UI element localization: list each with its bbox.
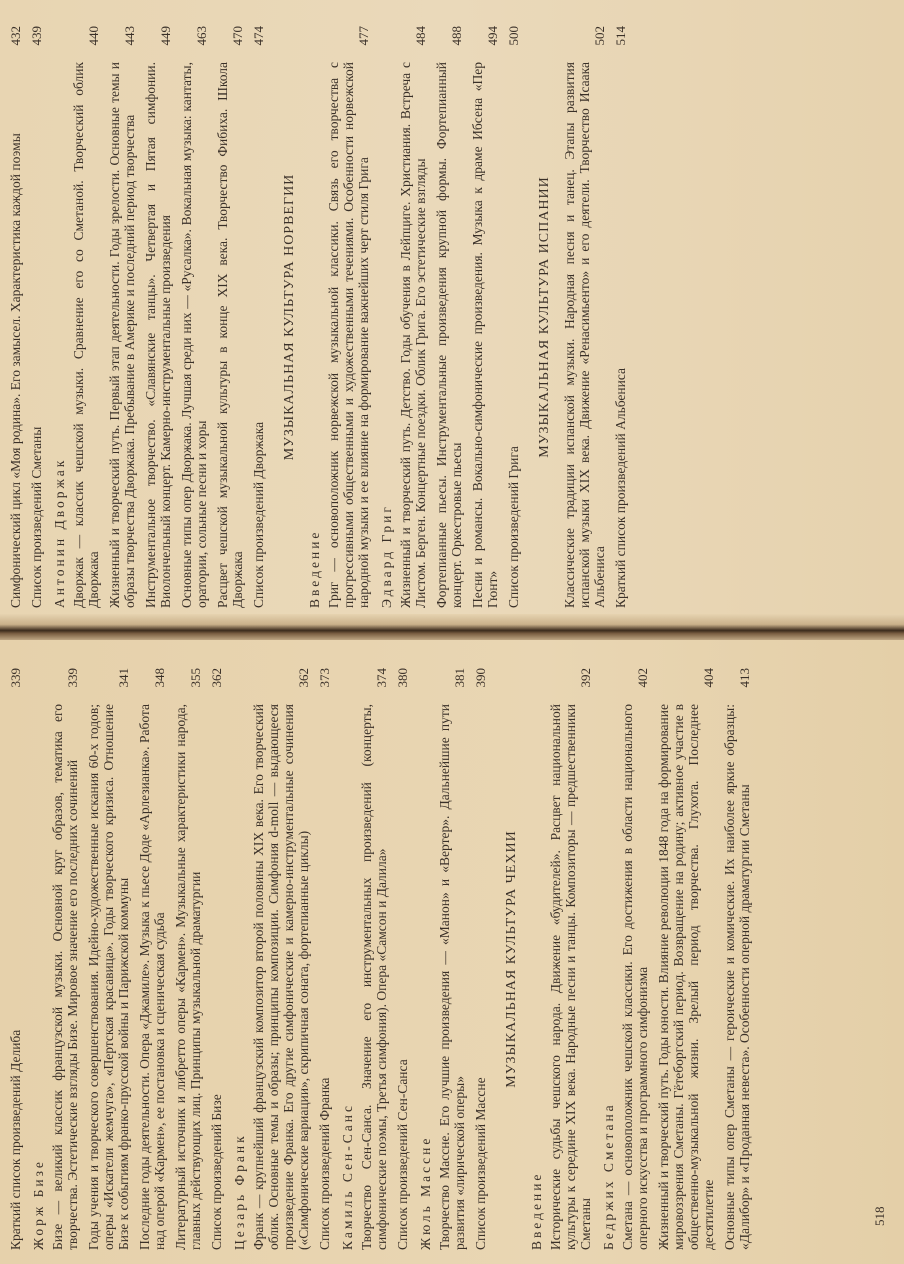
toc-entry-page: 413 — [737, 668, 752, 704]
toc-entry-page: 440 — [86, 26, 101, 62]
toc-entry-text: Основные типы опер Дворжака. Лучшая сред… — [179, 62, 209, 608]
toc-entry-text: Симфонический цикл «Моя родина». Его зам… — [8, 62, 23, 608]
left-page: Краткий список произведений Делиба339Жор… — [0, 640, 904, 1264]
toc-entry-text: Творчество Сен-Санса. Значение его инстр… — [359, 704, 389, 1250]
toc-entry: Основные типы опер Сметаны — героические… — [722, 668, 752, 1250]
toc-entry-page: 494 — [485, 26, 500, 62]
toc-entry: Список произведений Франка373 — [317, 668, 332, 1250]
toc-entry-text: Григ — основоположник норвежской музыкал… — [326, 62, 371, 608]
toc-entry: Список произведений Грига500 — [506, 26, 521, 608]
toc-entry: Исторические судьбы чешского народа. Дви… — [548, 668, 593, 1250]
toc-entry-page: 404 — [701, 668, 716, 704]
toc-entry-page: 443 — [122, 26, 137, 62]
toc-entry-page: 380 — [395, 668, 410, 704]
toc-entry-page: 402 — [635, 668, 650, 704]
toc-entry-page: 339 — [8, 668, 23, 704]
toc-entry-text: Творчество Массне. Его лучшие произведен… — [437, 704, 467, 1250]
toc-entry-page: 362 — [209, 668, 224, 704]
section-title: МУЗЫКАЛЬНАЯ КУЛЬТУРА ИСПАНИИ — [537, 26, 552, 608]
toc-entry-text: Бизе — великий классик французской музык… — [50, 704, 80, 1250]
toc-entry-page: 488 — [449, 26, 464, 62]
left-page-content: Краткий список произведений Делиба339Жор… — [0, 654, 904, 1264]
toc-entry-page: 341 — [116, 668, 131, 704]
toc-entry-text: Инструментальное творчество. «Славянские… — [143, 62, 173, 608]
toc-entry-page: 348 — [152, 668, 167, 704]
toc-entry-text: Жизненный и творческий путь. Детство. Го… — [398, 62, 428, 608]
toc-entry-page: 432 — [8, 26, 23, 62]
toc-entry-text: Список произведений Массне — [473, 704, 488, 1250]
chapter-heading: Жорж Бизе — [31, 668, 46, 1250]
toc-entry: Классические традиции испанской музыки. … — [562, 26, 607, 608]
toc-entry: Список произведений Сметаны439 — [29, 26, 44, 608]
toc-entry-text: Краткий список произведений Альбениса — [613, 62, 628, 608]
toc-entry: Дворжак — классик чешской музыки. Сравне… — [71, 26, 101, 608]
toc-entry-text: Последние годы деятельности. Опера «Джам… — [137, 704, 167, 1250]
toc-entry-page: 484 — [413, 26, 428, 62]
toc-entry: Расцвет чешской музыкальной культуры в к… — [215, 26, 245, 608]
toc-entry-text: Франк — крупнейший французский композито… — [251, 704, 311, 1250]
toc-entry: Список произведений Массне390 — [473, 668, 488, 1250]
toc-entry-page: 390 — [473, 668, 488, 704]
chapter-heading: Введение — [529, 668, 544, 1250]
toc-entry-page: 500 — [506, 26, 521, 62]
toc-entry: Сметана — основоположник чешской классик… — [620, 668, 650, 1250]
toc-entry-text: Жизненный и творческий путь. Первый этап… — [107, 62, 137, 608]
toc-entry: Список произведений Дворжака474 — [251, 26, 266, 608]
toc-entry: Список произведений Бизе362 — [209, 668, 224, 1250]
chapter-heading: Цезарь Франк — [232, 668, 247, 1250]
chapter-heading: Бедржих Сметана — [601, 668, 616, 1250]
toc-entry: Краткий список произведений Альбениса514 — [613, 26, 628, 608]
toc-entry: Литературный источник и либретто оперы «… — [173, 668, 203, 1250]
toc-entry-text: Список произведений Грига — [506, 62, 521, 608]
toc-entry-text: Список произведений Сметаны — [29, 62, 44, 608]
toc-entry: Последние годы деятельности. Опера «Джам… — [137, 668, 167, 1250]
toc-column-left: Краткий список произведений Делиба339Жор… — [0, 654, 752, 1264]
toc-entry-text: Расцвет чешской музыкальной культуры в к… — [215, 62, 245, 608]
toc-entry-page: 470 — [230, 26, 245, 62]
toc-entry-text: Годы учения и творческого совершенствова… — [86, 704, 131, 1250]
right-page: Симфонический цикл «Моя родина». Его зам… — [0, 0, 904, 622]
toc-entry-text: Краткий список произведений Делиба — [8, 704, 23, 1250]
toc-entry: Список произведений Сен-Санса380 — [395, 668, 410, 1250]
toc-entry: Жизненный и творческий путь. Годы юности… — [656, 668, 716, 1250]
toc-entry: Краткий список произведений Делиба339 — [8, 668, 23, 1250]
toc-entry-text: Песни и романсы. Вокально-симфонические … — [470, 62, 500, 608]
toc-entry: Творчество Массне. Его лучшие произведен… — [437, 668, 467, 1250]
toc-entry-text: Список произведений Бизе — [209, 704, 224, 1250]
toc-entry-page: 514 — [613, 26, 628, 62]
toc-entry: Творчество Сен-Санса. Значение его инстр… — [359, 668, 389, 1250]
toc-entry-page: 373 — [317, 668, 332, 704]
toc-entry: Песни и романсы. Вокально-симфонические … — [470, 26, 500, 608]
toc-entry-page: 477 — [356, 26, 371, 62]
toc-entry: Основные типы опер Дворжака. Лучшая сред… — [179, 26, 209, 608]
toc-entry: Годы учения и творческого совершенствова… — [86, 668, 131, 1250]
toc-entry-text: Дворжак — классик чешской музыки. Сравне… — [71, 62, 101, 608]
toc-entry-text: Литературный источник и либретто оперы «… — [173, 704, 203, 1250]
toc-entry-page: 374 — [374, 668, 389, 704]
toc-entry-page: 362 — [296, 668, 311, 704]
toc-entry-text: Сметана — основоположник чешской классик… — [620, 704, 650, 1250]
toc-entry-text: Жизненный и творческий путь. Годы юности… — [656, 704, 716, 1250]
toc-entry-page: 502 — [592, 26, 607, 62]
toc-entry: Инструментальное творчество. «Славянские… — [143, 26, 173, 608]
toc-entry: Жизненный и творческий путь. Первый этап… — [107, 26, 137, 608]
toc-entry-page: 339 — [65, 668, 80, 704]
toc-entry-page: 463 — [194, 26, 209, 62]
toc-entry: Франк — крупнейший французский композито… — [251, 668, 311, 1250]
toc-entry-text: Список произведений Франка — [317, 704, 332, 1250]
toc-entry: Григ — основоположник норвежской музыкал… — [326, 26, 371, 608]
section-title: МУЗЫКАЛЬНАЯ КУЛЬТУРА НОРВЕГИИ — [282, 26, 297, 608]
toc-entry-page: 355 — [188, 668, 203, 704]
toc-entry: Бизе — великий классик французской музык… — [50, 668, 80, 1250]
chapter-heading: Антонин Дворжак — [52, 26, 67, 608]
toc-entry-page: 474 — [251, 26, 266, 62]
toc-entry: Симфонический цикл «Моя родина». Его зам… — [8, 26, 23, 608]
chapter-heading: Жюль Массне — [418, 668, 433, 1250]
toc-entry-page: 392 — [578, 668, 593, 704]
toc-entry: Жизненный и творческий путь. Детство. Го… — [398, 26, 428, 608]
right-page-content: Симфонический цикл «Моя родина». Его зам… — [0, 12, 904, 622]
toc-entry-text: Исторические судьбы чешского народа. Дви… — [548, 704, 593, 1250]
chapter-heading: Камиль Сен-Санс — [340, 668, 355, 1250]
chapter-heading: Эдвард Григ — [379, 26, 394, 608]
toc-entry-text: Список произведений Сен-Санса — [395, 704, 410, 1250]
toc-entry-text: Классические традиции испанской музыки. … — [562, 62, 607, 608]
chapter-heading: Введение — [307, 26, 322, 608]
toc-entry-text: Фортепианные пьесы. Инструментальные про… — [434, 62, 464, 608]
toc-entry-page: 449 — [158, 26, 173, 62]
section-title: МУЗЫКАЛЬНАЯ КУЛЬТУРА ЧЕХИИ — [504, 668, 519, 1250]
toc-entry-text: Список произведений Дворжака — [251, 62, 266, 608]
toc-entry-text: Основные типы опер Сметаны — героические… — [722, 704, 752, 1250]
toc-column-right: Симфонический цикл «Моя родина». Его зам… — [0, 12, 628, 622]
toc-entry: Фортепианные пьесы. Инструментальные про… — [434, 26, 464, 608]
toc-entry-page: 381 — [452, 668, 467, 704]
toc-entry-page: 439 — [29, 26, 44, 62]
page-number: 518 — [872, 1207, 888, 1227]
